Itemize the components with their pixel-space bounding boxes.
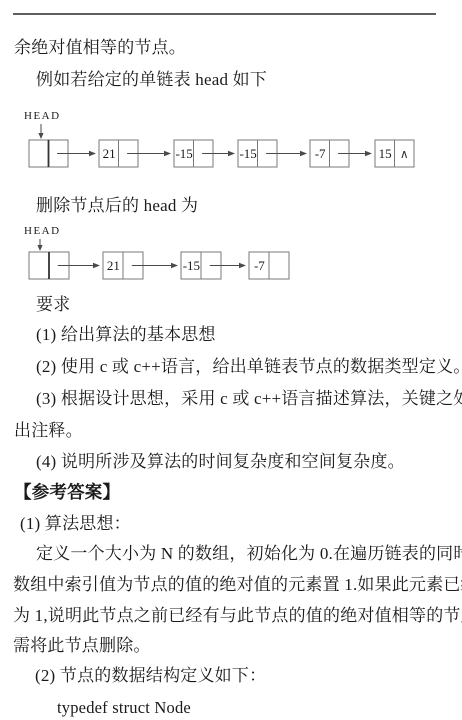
head-pointer-label: HEAD [24, 225, 61, 237]
linked-list-diagram-after-delete: HEAD21-15-7 [0, 220, 462, 284]
text-requirements-title: 要求 [36, 295, 70, 315]
head-down-arrowhead [38, 133, 43, 139]
next-pointer-arrowhead [228, 151, 235, 157]
page-top-rule [13, 13, 436, 15]
next-pointer-arrowhead [171, 263, 178, 269]
text-answer1-line4: 需将此节点删除。 [13, 636, 151, 656]
text-answer1-line1: 定义一个大小为 N 的数组，初始化为 0.在遍历链表的同时将 [36, 544, 462, 564]
text-requirement-3-cont: 出注释。 [14, 421, 83, 441]
node-value: 21 [107, 258, 120, 273]
linked-list-diagram-original: HEAD21-15-15-715∧ [0, 104, 462, 174]
node-value: 15 [379, 146, 392, 161]
document-page: 余绝对值相等的节点。 例如若给定的单链表 head 如下 HEAD21-15-1… [0, 0, 462, 720]
text-answer2-title: (2) 节点的数据结构定义如下： [35, 666, 266, 686]
node-value: -15 [183, 258, 200, 273]
text-requirement-1: (1) 给出算法的基本思想 [36, 325, 216, 345]
next-pointer-arrowhead [365, 151, 372, 157]
null-pointer-symbol: ∧ [400, 147, 409, 161]
text-example-intro: 例如若给定的单链表 head 如下 [36, 70, 267, 90]
text-after-delete: 删除节点后的 head 为 [36, 196, 198, 216]
node-value: -15 [239, 146, 256, 161]
text-requirement-4: (4) 说明所涉及算法的时间复杂度和空间复杂度。 [36, 452, 405, 472]
text-requirement-3: (3) 根据设计思想，采用 c 或 c++语言描述算法，关键之处给 [36, 389, 462, 409]
answer-section-header: 【参考答案】 [14, 482, 120, 502]
next-pointer-arrowhead [93, 263, 100, 269]
text-code-line: typedef struct Node [57, 698, 191, 718]
text-answer1-line2: 数组中索引值为节点的值的绝对值的元素置 1.如果此元素已经 [13, 575, 462, 595]
head-pointer-label: HEAD [24, 110, 61, 122]
node-value: 21 [103, 146, 116, 161]
next-pointer-arrowhead [239, 263, 246, 269]
next-pointer-arrowhead [300, 151, 307, 157]
node-value: -7 [254, 258, 265, 273]
text-answer1-title: (1) 算法思想： [20, 514, 131, 534]
text-requirement-2: (2) 使用 c 或 c++语言，给出单链表节点的数据类型定义。 [36, 357, 462, 377]
node-value: -15 [175, 146, 192, 161]
node-value: -7 [315, 146, 326, 161]
text-answer1-line3: 为 1,说明此节点之前已经有与此节点的值的绝对值相等的节点， [13, 606, 462, 626]
next-pointer-arrowhead [164, 151, 171, 157]
text-intro-tail: 余绝对值相等的节点。 [14, 38, 186, 58]
head-down-arrowhead [37, 245, 42, 251]
next-pointer-arrowhead [89, 151, 96, 157]
